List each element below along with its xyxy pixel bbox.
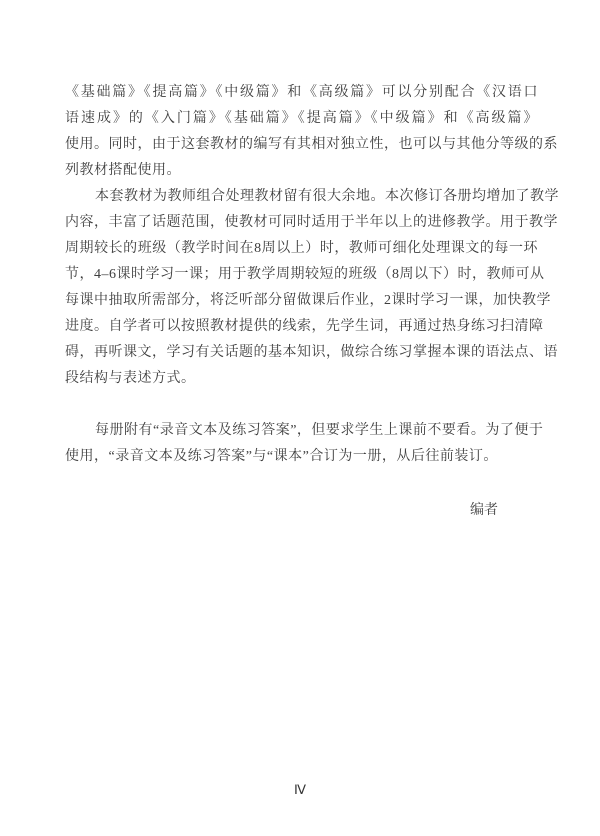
text-line: 列教材搭配使用。 <box>65 158 538 184</box>
author-signature: 编者 <box>65 498 538 524</box>
page-number: Ⅳ <box>294 782 306 797</box>
paragraph-2: 本套教材为教师组合处理教材留有很大余地。本次修订各册均增加了教学 内容，丰富了话… <box>65 184 538 392</box>
paragraph-1: 《基础篇》《提高篇》《中级篇》和《高级篇》可以分别配合《汉语口 语速成》的《入门… <box>65 80 538 184</box>
text-line: 每册附有“录音文本及练习答案”，但要求学生上课前不要看。为了便于 <box>65 418 538 444</box>
text-line: 语速成》的《入门篇》《基础篇》《提高篇》《中级篇》和《高级篇》 <box>65 106 538 132</box>
text-line: 碍，再听课文，学习有关话题的基本知识，做综合练习掌握本课的语法点、语 <box>65 340 538 366</box>
text-line: 周期较长的班级（教学时间在8周以上）时，教师可细化处理课文的每一环 <box>65 236 538 262</box>
body-text: 《基础篇》《提高篇》《中级篇》和《高级篇》可以分别配合《汉语口 语速成》的《入门… <box>65 80 538 524</box>
document-page: 《基础篇》《提高篇》《中级篇》和《高级篇》可以分别配合《汉语口 语速成》的《入门… <box>0 0 600 836</box>
text-line: 每课中抽取所需部分，将泛听部分留做课后作业，2课时学习一课，加快教学 <box>65 288 538 314</box>
text-line: 《基础篇》《提高篇》《中级篇》和《高级篇》可以分别配合《汉语口 <box>65 80 538 106</box>
text-line: 本套教材为教师组合处理教材留有很大余地。本次修订各册均增加了教学 <box>65 184 538 210</box>
paragraph-3: 每册附有“录音文本及练习答案”，但要求学生上课前不要看。为了便于 使用，“录音文… <box>65 418 538 470</box>
page-footer: Ⅳ <box>0 779 600 801</box>
text-line: 段结构与表述方式。 <box>65 366 538 392</box>
text-line: 内容，丰富了话题范围，使教材可同时适用于半年以上的进修教学。用于教学 <box>65 210 538 236</box>
text-line: 进度。自学者可以按照教材提供的线索，先学生词，再通过热身练习扫清障 <box>65 314 538 340</box>
text-line: 节，4–6课时学习一课；用于教学周期较短的班级（8周以下）时，教师可从 <box>65 262 538 288</box>
text-line: 使用，“录音文本及练习答案”与“课本”合订为一册，从后往前装订。 <box>65 444 538 470</box>
text-line: 使用。同时，由于这套教材的编写有其相对独立性，也可以与其他分等级的系 <box>65 132 538 158</box>
